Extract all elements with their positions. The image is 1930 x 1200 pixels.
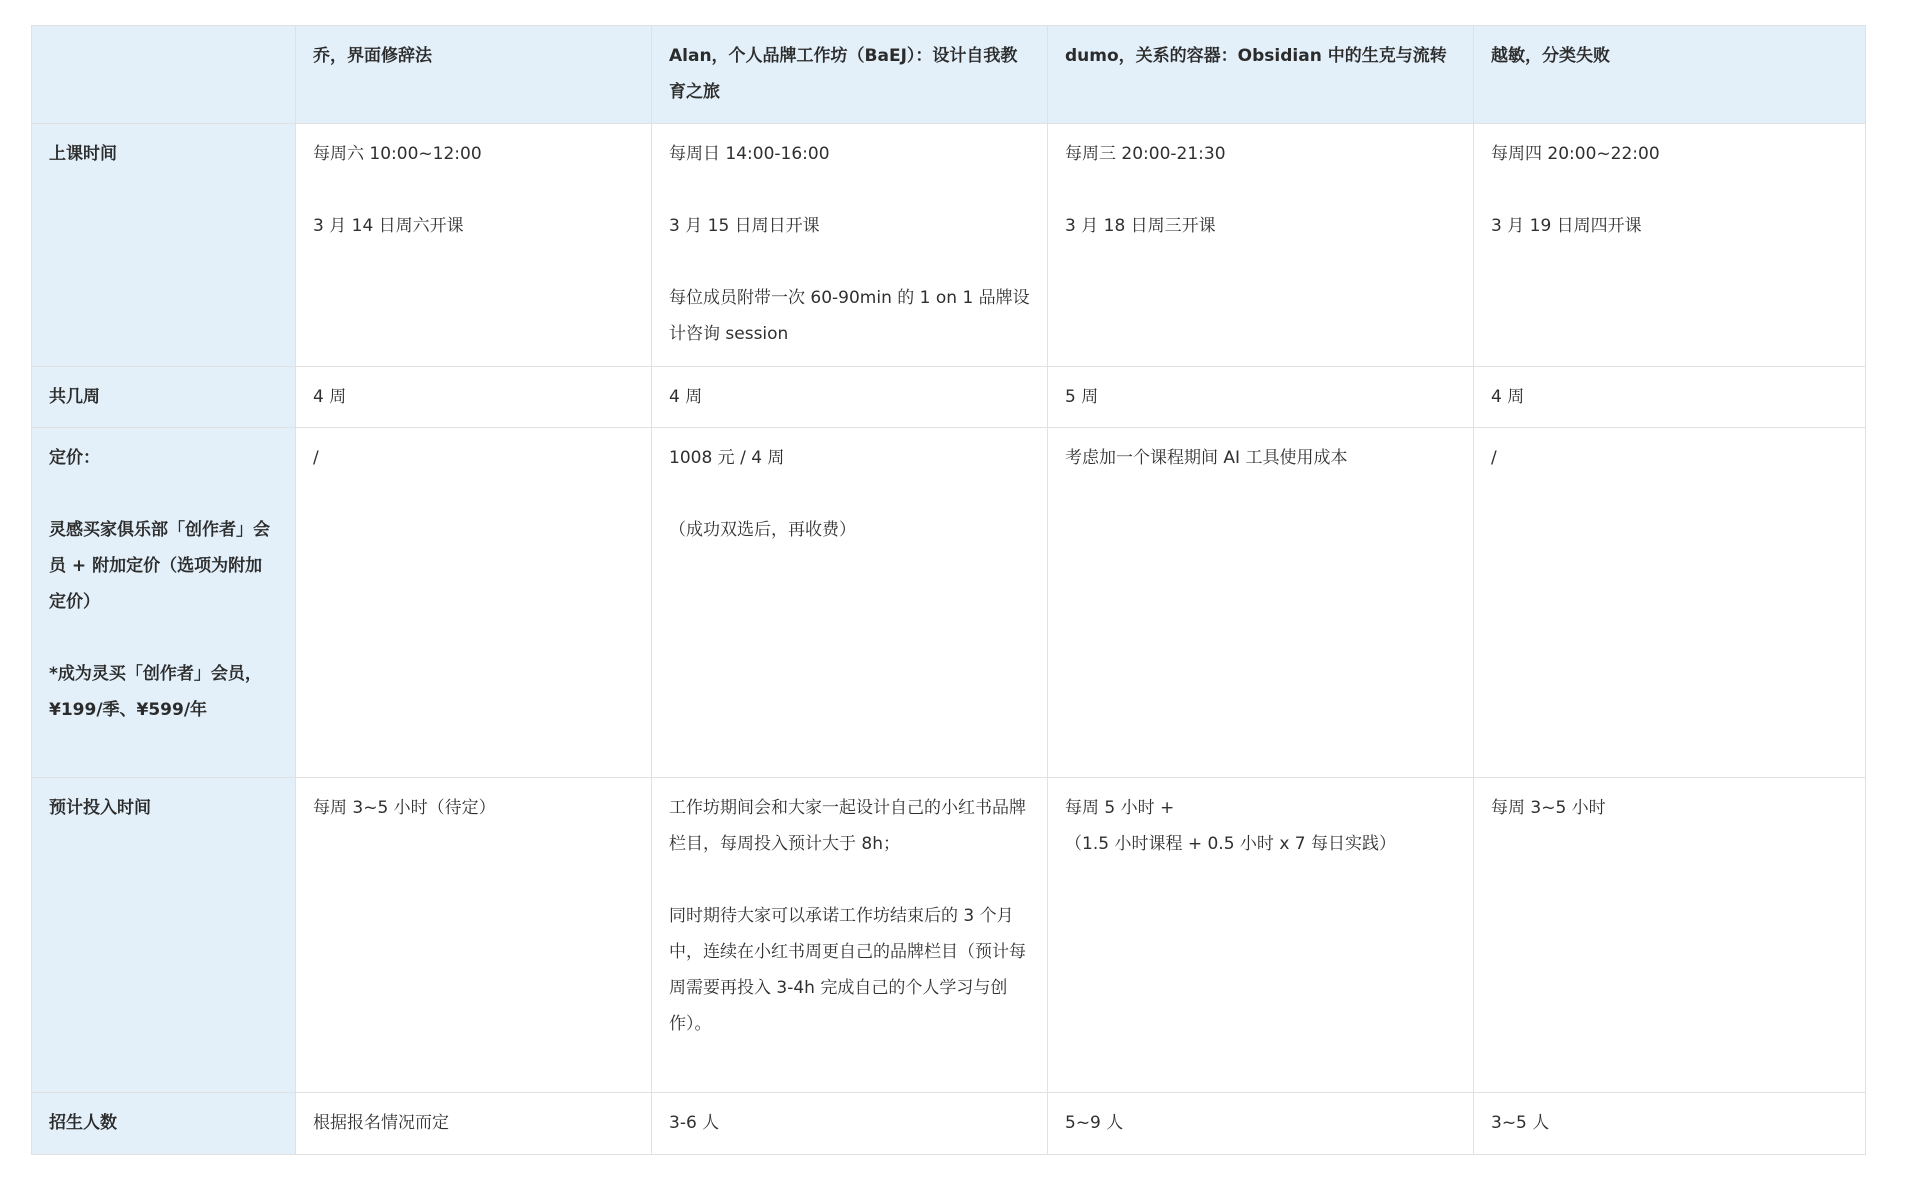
cell-text: 每周四 20:00~22:00 — [1491, 136, 1848, 172]
header-course-dumo: dumo，关系的容器：Obsidian 中的生克与流转 — [1048, 26, 1474, 124]
row-label-text: 预计投入时间 — [49, 790, 278, 826]
row-label-weeks: 共几周 — [32, 367, 296, 428]
cell-text: 5 周 — [1065, 379, 1456, 415]
cell-enrollment-alan: 3-6 人 — [652, 1093, 1048, 1155]
row-label-text: 上课时间 — [49, 136, 278, 172]
cell-text: （成功双选后，再收费） — [669, 512, 1030, 548]
cell-text: 1008 元 / 4 周 — [669, 440, 1030, 476]
cell-text: 3 月 15 日周日开课 — [669, 208, 1030, 244]
row-label-text: 共几周 — [49, 379, 278, 415]
cell-text: 3-6 人 — [669, 1105, 1030, 1141]
header-course-yuemin: 越敏，分类失败 — [1474, 26, 1866, 124]
course-comparison-table-container: 乔，界面修辞法 Alan，个人品牌工作坊（BaEJ）：设计自我教育之旅 dumo… — [31, 25, 1866, 1155]
cell-text: 每周 3~5 小时（待定） — [313, 790, 634, 826]
cell-text: 4 周 — [1491, 379, 1848, 415]
cell-weeks-dumo: 5 周 — [1048, 367, 1474, 428]
table-row-pricing: 定价： 灵感买家俱乐部「创作者」会员 + 附加定价（选项为附加定价） *成为灵买… — [32, 428, 1866, 778]
cell-text: 每周三 20:00-21:30 — [1065, 136, 1456, 172]
cell-pricing-yuemin: / — [1474, 428, 1866, 778]
cell-text: 4 周 — [313, 379, 634, 415]
cell-effort-yuemin: 每周 3~5 小时 — [1474, 778, 1866, 1093]
cell-line: 每周 5 小时 + — [1065, 790, 1456, 826]
cell-enrollment-qiao: 根据报名情况而定 — [296, 1093, 652, 1155]
cell-text: 每周 5 小时 + （1.5 小时课程 + 0.5 小时 x 7 每日实践） — [1065, 790, 1456, 862]
cell-enrollment-dumo: 5~9 人 — [1048, 1093, 1474, 1155]
cell-effort-alan: 工作坊期间会和大家一起设计自己的小红书品牌栏目，每周投入预计大于 8h； 同时期… — [652, 778, 1048, 1093]
cell-text: 工作坊期间会和大家一起设计自己的小红书品牌栏目，每周投入预计大于 8h； — [669, 790, 1030, 862]
cell-text: 考虑加一个课程期间 AI 工具使用成本 — [1065, 440, 1456, 476]
cell-pricing-alan: 1008 元 / 4 周 （成功双选后，再收费） — [652, 428, 1048, 778]
cell-effort-qiao: 每周 3~5 小时（待定） — [296, 778, 652, 1093]
cell-text: 3 月 14 日周六开课 — [313, 208, 634, 244]
cell-effort-dumo: 每周 5 小时 + （1.5 小时课程 + 0.5 小时 x 7 每日实践） — [1048, 778, 1474, 1093]
row-label-enrollment: 招生人数 — [32, 1093, 296, 1155]
table-row-weeks: 共几周 4 周 4 周 5 周 4 周 — [32, 367, 1866, 428]
cell-schedule-dumo: 每周三 20:00-21:30 3 月 18 日周三开课 — [1048, 124, 1474, 367]
cell-text: 每位成员附带一次 60-90min 的 1 on 1 品牌设计咨询 sessio… — [669, 280, 1030, 352]
cell-text: 5~9 人 — [1065, 1105, 1456, 1141]
cell-pricing-dumo: 考虑加一个课程期间 AI 工具使用成本 — [1048, 428, 1474, 778]
header-course-qiao: 乔，界面修辞法 — [296, 26, 652, 124]
cell-text: 每周日 14:00-16:00 — [669, 136, 1030, 172]
cell-schedule-alan: 每周日 14:00-16:00 3 月 15 日周日开课 每位成员附带一次 60… — [652, 124, 1048, 367]
cell-text: 每周 3~5 小时 — [1491, 790, 1848, 826]
cell-pricing-qiao: / — [296, 428, 652, 778]
cell-schedule-qiao: 每周六 10:00~12:00 3 月 14 日周六开课 — [296, 124, 652, 367]
table-row-enrollment: 招生人数 根据报名情况而定 3-6 人 5~9 人 3~5 人 — [32, 1093, 1866, 1155]
cell-text: 3 月 19 日周四开课 — [1491, 208, 1848, 244]
row-label-text: 定价： — [49, 440, 278, 476]
row-label-membership-price: *成为灵买「创作者」会员，¥199/季、¥599/年 — [49, 656, 278, 728]
row-label-schedule: 上课时间 — [32, 124, 296, 367]
cell-enrollment-yuemin: 3~5 人 — [1474, 1093, 1866, 1155]
cell-line: （1.5 小时课程 + 0.5 小时 x 7 每日实践） — [1065, 826, 1456, 862]
cell-weeks-alan: 4 周 — [652, 367, 1048, 428]
table-row-effort: 预计投入时间 每周 3~5 小时（待定） 工作坊期间会和大家一起设计自己的小红书… — [32, 778, 1866, 1093]
cell-weeks-yuemin: 4 周 — [1474, 367, 1866, 428]
header-course-alan: Alan，个人品牌工作坊（BaEJ）：设计自我教育之旅 — [652, 26, 1048, 124]
cell-text: 同时期待大家可以承诺工作坊结束后的 3 个月中，连续在小红书周更自己的品牌栏目（… — [669, 898, 1030, 1042]
header-row: 乔，界面修辞法 Alan，个人品牌工作坊（BaEJ）：设计自我教育之旅 dumo… — [32, 26, 1866, 124]
row-label-pricing: 定价： 灵感买家俱乐部「创作者」会员 + 附加定价（选项为附加定价） *成为灵买… — [32, 428, 296, 778]
cell-text: 4 周 — [669, 379, 1030, 415]
row-label-effort: 预计投入时间 — [32, 778, 296, 1093]
table-row-schedule: 上课时间 每周六 10:00~12:00 3 月 14 日周六开课 每周日 14… — [32, 124, 1866, 367]
cell-text: / — [313, 440, 634, 476]
header-corner-cell — [32, 26, 296, 124]
row-label-text: 招生人数 — [49, 1105, 278, 1141]
cell-weeks-qiao: 4 周 — [296, 367, 652, 428]
cell-schedule-yuemin: 每周四 20:00~22:00 3 月 19 日周四开课 — [1474, 124, 1866, 367]
cell-text: 每周六 10:00~12:00 — [313, 136, 634, 172]
course-comparison-table: 乔，界面修辞法 Alan，个人品牌工作坊（BaEJ）：设计自我教育之旅 dumo… — [31, 25, 1866, 1155]
cell-text: / — [1491, 440, 1848, 476]
row-label-membership-note: 灵感买家俱乐部「创作者」会员 + 附加定价（选项为附加定价） — [49, 512, 278, 620]
cell-text: 3 月 18 日周三开课 — [1065, 208, 1456, 244]
cell-text: 3~5 人 — [1491, 1105, 1848, 1141]
cell-text: 根据报名情况而定 — [313, 1105, 634, 1141]
